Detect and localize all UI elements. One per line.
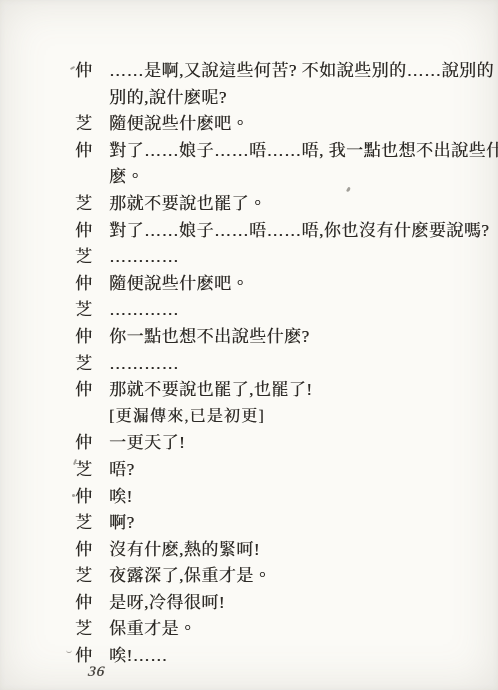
dialogue-text: 沒有什麽,熱的緊呵! [109, 537, 260, 564]
speaker-label: 仲 [75, 324, 109, 351]
speaker-label: 仲 [75, 537, 109, 564]
dialogue-text: 啊? [109, 510, 135, 537]
dialogue-line-continuation: 麽。 [75, 164, 478, 191]
stage-direction: [更漏傳來,已是初更] [75, 404, 478, 431]
dialogue-line: 仲 一更天了! [75, 430, 478, 457]
dialogue-line-silence: 芝 ………… [75, 297, 478, 324]
speaker-label: 仲 [75, 58, 109, 85]
dialogue-line: 芝 那就不要說也罷了。 [75, 191, 478, 218]
dialogue-line-continuation: 別的,說什麽呢? [75, 85, 478, 112]
dialogue-text: 是呀,冷得很呵! [109, 590, 225, 617]
dialogue-text: 隨便說些什麽吧。 [109, 271, 249, 298]
dialogue-line: 芝 夜露深了,保重才是。 [75, 563, 478, 590]
dialogue-text: 對了……娘子……唔……唔,你也沒有什麽要說嗎? [109, 218, 489, 245]
dialogue-line-silence: 芝 ………… [75, 351, 478, 378]
speaker-label: 仲 [75, 218, 109, 245]
speaker-label: 仲 [75, 138, 109, 165]
dialogue-line: 仲 你一點也想不出說些什麽? [75, 324, 478, 351]
dialogue-text: ………… [109, 351, 179, 378]
dialogue-text: 那就不要說也罷了。 [109, 191, 267, 218]
dialogue-text: ……是啊,又說這些何苦? 不如說些別的……說別的。 [109, 58, 498, 85]
dialogue-text: 夜露深了,保重才是。 [109, 563, 271, 590]
dialogue-text: 你一點也想不出說些什麽? [109, 324, 310, 351]
speaker-label: 仲 [75, 430, 109, 457]
dialogue-text: 別的,說什麽呢? [109, 85, 227, 112]
dialogue-text: 隨便說些什麽吧。 [109, 111, 249, 138]
dialogue-text: ………… [109, 244, 179, 271]
dialogue-line: 仲 是呀,冷得很呵! [75, 590, 478, 617]
speaker-label: 芝 [75, 111, 109, 138]
speaker-label: 仲 [75, 377, 109, 404]
dialogue-line: 仲 隨便說些什麽吧。 [75, 271, 478, 298]
dialogue-text: 保重才是。 [109, 616, 197, 643]
dialogue-line: 仲 唉!…… [75, 643, 478, 670]
dialogue-text: 唉! [109, 484, 133, 511]
speaker-label: 仲 [75, 271, 109, 298]
dialogue-line: 仲 唉! [75, 484, 478, 511]
dialogue-text: 那就不要說也罷了,也罷了! [109, 377, 312, 404]
dialogue-text: 唉!…… [109, 643, 168, 670]
dialogue-line: 芝 啊? [75, 510, 478, 537]
stage-direction-text: [更漏傳來,已是初更] [109, 404, 265, 431]
speaker-label: 芝 [75, 297, 109, 324]
speaker-label: 芝 [75, 457, 109, 484]
speaker-label: 仲 [75, 484, 109, 511]
dialogue-line: 仲 對了……娘子……唔……唔,你也沒有什麽要說嗎? [75, 218, 478, 245]
page-number: 36 [87, 664, 106, 681]
scan-artifact [66, 649, 72, 653]
dialogue-line: 仲 對了……娘子……唔……唔, 我一點也想不出說些什 [75, 138, 478, 165]
dialogue-text: 麽。 [109, 164, 144, 191]
dialogue-line: 芝 保重才是。 [75, 616, 478, 643]
dialogue-line: 芝 隨便說些什麽吧。 [75, 111, 478, 138]
speaker-label: 芝 [75, 191, 109, 218]
dialogue-line-silence: 芝 ………… [75, 244, 478, 271]
speaker-label: 芝 [75, 351, 109, 378]
dialogue-block: 仲 ……是啊,又說這些何苦? 不如說些別的……說別的。 別的,說什麽呢? 芝 隨… [75, 58, 478, 670]
speaker-label: 芝 [75, 563, 109, 590]
dialogue-line: 仲 那就不要說也罷了,也罷了! [75, 377, 478, 404]
scanned-script-page: 仲 ……是啊,又說這些何苦? 不如說些別的……說別的。 別的,說什麽呢? 芝 隨… [0, 0, 498, 690]
speaker-label: 芝 [75, 510, 109, 537]
speaker-label: 芝 [75, 244, 109, 271]
speaker-label: 芝 [75, 616, 109, 643]
dialogue-text: 對了……娘子……唔……唔, 我一點也想不出說些什 [109, 138, 498, 165]
dialogue-text: 一更天了! [109, 430, 185, 457]
speaker-label: 仲 [75, 590, 109, 617]
dialogue-text: ………… [109, 297, 179, 324]
scan-artifact [72, 494, 75, 497]
dialogue-text: 唔? [109, 457, 135, 484]
dialogue-line: 仲 沒有什麽,熱的緊呵! [75, 537, 478, 564]
dialogue-line: 仲 ……是啊,又說這些何苦? 不如說些別的……說別的。 [75, 58, 478, 85]
dialogue-line: 芝 唔? [75, 457, 478, 484]
